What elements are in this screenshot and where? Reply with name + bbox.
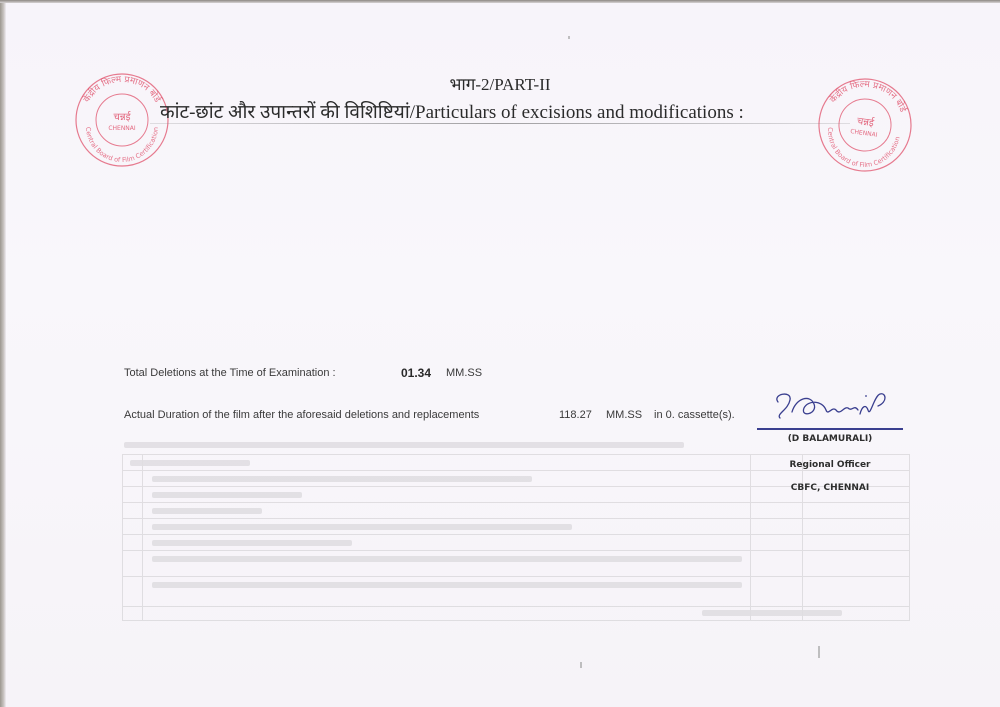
signature-line: [757, 428, 903, 430]
scan-edge-left: [0, 0, 6, 707]
svg-text:चन्नई: चन्नई: [114, 111, 132, 123]
svg-text:चन्नई: चन्नई: [856, 115, 876, 129]
scan-edge-top: [0, 0, 1000, 3]
actual-duration-label: Actual Duration of the film after the af…: [124, 409, 479, 421]
scan-speck: [818, 646, 820, 658]
officer-signature: [770, 388, 910, 428]
total-deletions-unit: MM.SS: [446, 367, 482, 379]
signatory-designation: Regional Officer: [760, 460, 900, 470]
svg-text:Central Board of Film Certific: Central Board of Film Certification: [84, 127, 160, 164]
title-underline: [150, 123, 850, 124]
total-deletions-label: Total Deletions at the Time of Examinati…: [124, 367, 336, 379]
document-page: केंद्रीय फिल्म प्रमाणन बोर्ड Central Boa…: [0, 0, 1000, 707]
cassette-count: in 0. cassette(s).: [654, 409, 735, 421]
part-heading: भाग-2/PART-II: [0, 72, 1000, 95]
svg-text:CHENNAI: CHENNAI: [850, 128, 878, 139]
scan-speck: [580, 662, 582, 668]
svg-text:CHENNAI: CHENNAI: [108, 125, 136, 132]
scan-speck: [568, 36, 570, 39]
section-title: कांट-छांट और उपान्तरों की विशिष्टियां/Pa…: [160, 98, 744, 124]
total-deletions-value: 01.34: [401, 366, 431, 380]
signatory-office: CBFC, CHENNAI: [760, 483, 900, 493]
signatory-name: (D BALAMURALI): [760, 434, 900, 444]
actual-duration-unit: MM.SS: [606, 409, 642, 421]
actual-duration-value: 118.27: [559, 409, 592, 421]
